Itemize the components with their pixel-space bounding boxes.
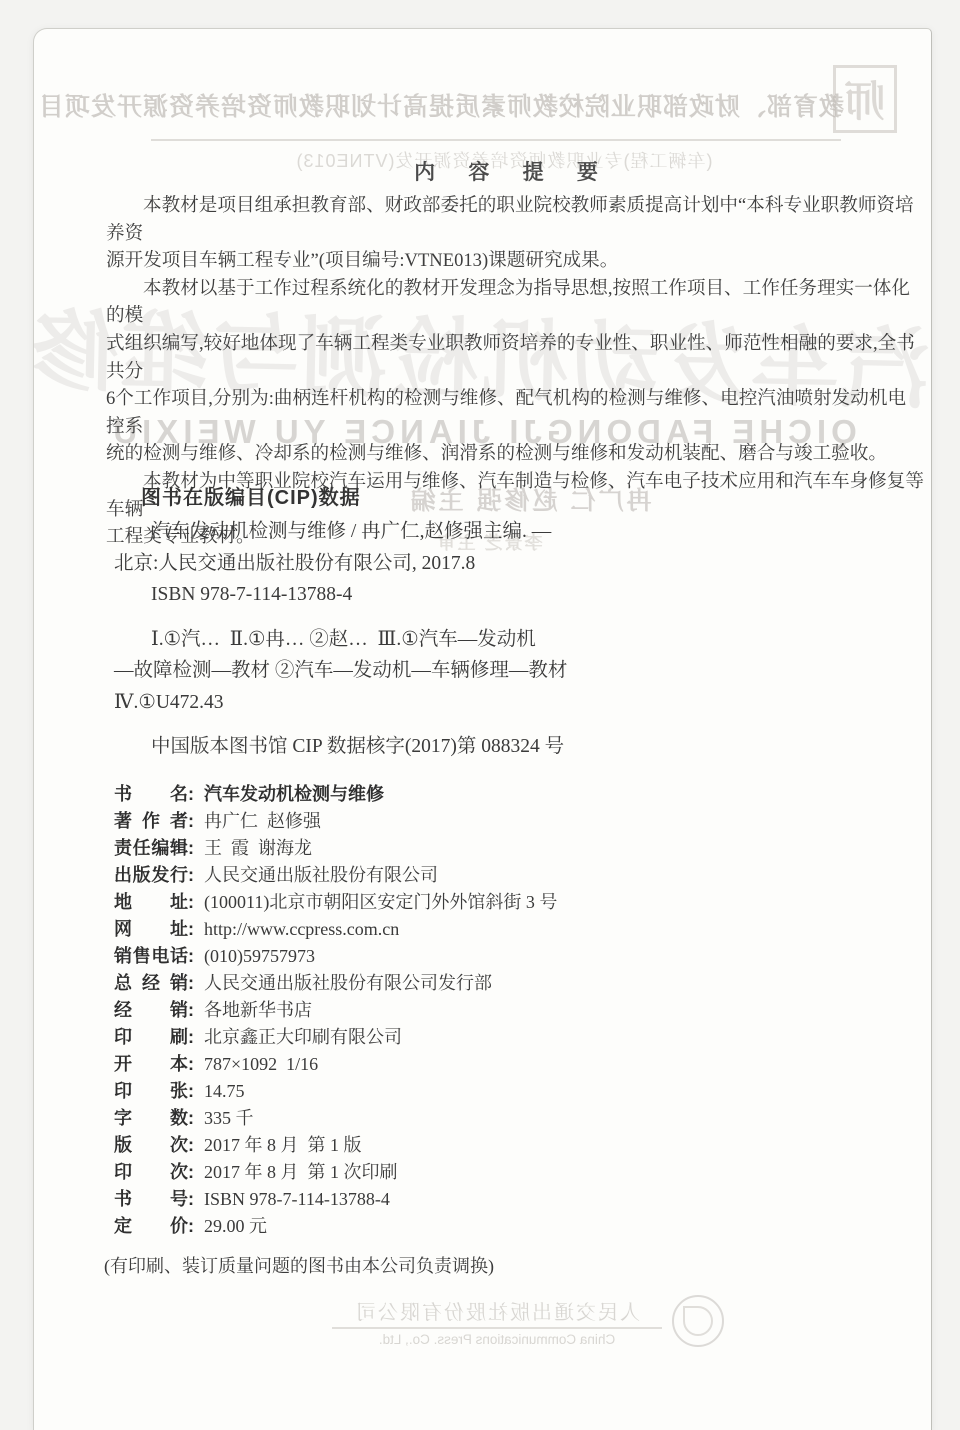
row-value: ISBN 978-7-114-13788-4: [204, 1186, 390, 1213]
row-colon: :: [188, 1078, 194, 1105]
publisher-logo-ghost: [672, 1295, 724, 1347]
row-colon: :: [188, 889, 194, 916]
colophon-row-website: 网址:http://www.ccpress.com.cn: [114, 916, 904, 943]
colophon-row-printing: 印次:2017 年 8 月 第 1 次印刷: [114, 1159, 904, 1186]
row-label: 印张: [114, 1078, 188, 1105]
row-label: 著作者: [114, 808, 188, 835]
row-label: 印刷: [114, 1024, 188, 1051]
summary-line: 式组织编写,较好地体现了车辆工程类专业职教师资培养的专业性、职业性、师范性相融的…: [106, 330, 924, 385]
colophon: 书名:汽车发动机检测与维修 著作者:冉广仁 赵修强 责任编辑:王 霞 谢海龙 出…: [114, 781, 904, 1280]
row-value: 人民交通出版社股份有限公司: [204, 862, 438, 889]
row-colon: :: [188, 997, 194, 1024]
row-value: (010)59757973: [204, 943, 315, 970]
bleedthrough-series-stamp: 师: [833, 65, 897, 133]
colophon-row-format: 开本:787×1092 1/16: [114, 1051, 904, 1078]
row-label: 书号: [114, 1186, 188, 1213]
colophon-row-publisher: 出版发行:人民交通出版社股份有限公司: [114, 862, 904, 889]
colophon-row-distributor: 经销:各地新华书店: [114, 997, 904, 1024]
row-value: 2017 年 8 月 第 1 次印刷: [204, 1159, 398, 1186]
row-colon: :: [188, 1051, 194, 1078]
colophon-row-word-count: 字数:335 千: [114, 1105, 904, 1132]
cip-publisher-line: 北京:人民交通出版社股份有限公司, 2017.8: [114, 548, 734, 580]
row-label: 开本: [114, 1051, 188, 1078]
cip-class-line: Ⅰ.①汽… Ⅱ.①冉… ②赵… Ⅲ.①汽车—发动机: [114, 624, 734, 656]
row-label: 网址: [114, 916, 188, 943]
cip-isbn-line: ISBN 978-7-114-13788-4: [114, 579, 734, 611]
row-label: 销售电话: [114, 943, 188, 970]
row-colon: :: [188, 835, 194, 862]
row-label: 地址: [114, 889, 188, 916]
row-value: http://www.ccpress.com.cn: [204, 916, 399, 943]
row-label: 字数: [114, 1105, 188, 1132]
row-colon: :: [188, 808, 194, 835]
colophon-row-sheets: 印张:14.75: [114, 1078, 904, 1105]
summary-line: 统的检测与维修、冷却系的检测与维修、润滑系的检测与维修和发动机装配、磨合与竣工验…: [106, 440, 924, 468]
cip-header: 图书在版编目(CIP)数据: [141, 481, 361, 510]
row-value: 335 千: [204, 1105, 254, 1132]
row-colon: :: [188, 916, 194, 943]
row-colon: :: [188, 1186, 194, 1213]
book-page: 教育部、财政部职业院校教师素质提高计划职教师资培养资源开发项目 (车辆工程)专业…: [33, 28, 932, 1430]
row-label: 书名: [114, 781, 188, 808]
row-colon: :: [188, 1105, 194, 1132]
colophon-row-sales-phone: 销售电话:(010)59757973: [114, 943, 904, 970]
quality-exchange-note: (有印刷、装订质量问题的图书由本公司负责调换): [104, 1253, 904, 1280]
row-value: 人民交通出版社股份有限公司发行部: [204, 970, 492, 997]
row-value: 各地新华书店: [204, 997, 312, 1024]
bleedthrough-rule: [151, 139, 841, 141]
cip-class-line: —故障检测—教材 ②汽车—发动机—车辆修理—教材: [114, 655, 734, 687]
summary-line: 6个工作项目,分别为:曲柄连杆机构的检测与维修、配气机构的检测与维修、电控汽油喷…: [106, 385, 924, 440]
row-colon: :: [188, 1024, 194, 1051]
row-colon: :: [188, 943, 194, 970]
cip-block: 汽车发动机检测与维修 / 冉广仁,赵修强主编. — 北京:人民交通出版社股份有限…: [114, 516, 734, 763]
row-label: 定价: [114, 1213, 188, 1240]
scanned-book-copyright-page: { "ghosts": { "top_line1": "教育部、财政部职业院校教…: [0, 0, 960, 1430]
row-value: 王 霞 谢海龙: [204, 835, 312, 862]
publisher-name-cn-ghost: 人民交通出版社股份有限公司: [332, 1296, 662, 1329]
row-label: 版次: [114, 1132, 188, 1159]
colophon-row-isbn: 书号:ISBN 978-7-114-13788-4: [114, 1186, 904, 1213]
row-label: 总经销: [114, 970, 188, 997]
row-value: 2017 年 8 月 第 1 版: [204, 1132, 362, 1159]
bleedthrough-project-line: 教育部、财政部职业院校教师素质提高计划职教师资培养资源开发项目: [129, 87, 844, 123]
row-value: 冉广仁 赵修强: [204, 808, 321, 835]
row-colon: :: [188, 781, 194, 808]
row-label: 经销: [114, 997, 188, 1024]
cip-class-line: Ⅳ.①U472.43: [114, 687, 734, 719]
summary-line: 本教材是项目组承担教育部、财政部委托的职业院校教师素质提高计划中“本科专业职教师…: [106, 192, 924, 247]
row-label: 出版发行: [114, 862, 188, 889]
colophon-row-book-title: 书名:汽车发动机检测与维修: [114, 781, 904, 808]
cip-title-line: 汽车发动机检测与维修 / 冉广仁,赵修强主编. —: [114, 516, 734, 548]
colophon-row-authors: 著作者:冉广仁 赵修强: [114, 808, 904, 835]
colophon-row-printer: 印刷:北京鑫正大印刷有限公司: [114, 1024, 904, 1051]
row-value: 北京鑫正大印刷有限公司: [204, 1024, 402, 1051]
row-label: 责任编辑: [114, 835, 188, 862]
row-label: 印次: [114, 1159, 188, 1186]
publisher-ghost-text: 人民交通出版社股份有限公司 China Communications Press…: [332, 1296, 662, 1347]
row-value: 14.75: [204, 1078, 245, 1105]
summary-line: 源开发项目车辆工程专业”(项目编号:VTNE013)课题研究成果。: [106, 247, 924, 275]
content-summary-title: 内 容 提 要: [106, 156, 920, 186]
colophon-row-price: 定价:29.00 元: [114, 1213, 904, 1240]
row-colon: :: [188, 1213, 194, 1240]
row-value: 汽车发动机检测与维修: [204, 781, 384, 808]
row-colon: :: [188, 1132, 194, 1159]
colophon-row-general-distributor: 总经销:人民交通出版社股份有限公司发行部: [114, 970, 904, 997]
colophon-row-editors: 责任编辑:王 霞 谢海龙: [114, 835, 904, 862]
row-value: 787×1092 1/16: [204, 1051, 318, 1078]
row-value: (100011)北京市朝阳区安定门外外馆斜街 3 号: [204, 889, 557, 916]
colophon-row-address: 地址:(100011)北京市朝阳区安定门外外馆斜街 3 号: [114, 889, 904, 916]
publisher-name-en-ghost: China Communications Press. Co., Ltd.: [332, 1332, 662, 1347]
row-value: 29.00 元: [204, 1213, 267, 1240]
bleedthrough-publisher-block: 人民交通出版社股份有限公司 China Communications Press…: [332, 1295, 724, 1347]
colophon-row-edition: 版次:2017 年 8 月 第 1 版: [114, 1132, 904, 1159]
row-colon: :: [188, 862, 194, 889]
summary-line: 本教材以基于工作过程系统化的教材开发理念为指导思想,按照工作项目、工作任务理实一…: [106, 275, 924, 330]
cip-record-number: 中国版本图书馆 CIP 数据核字(2017)第 088324 号: [114, 731, 734, 763]
row-colon: :: [188, 970, 194, 997]
row-colon: :: [188, 1159, 194, 1186]
